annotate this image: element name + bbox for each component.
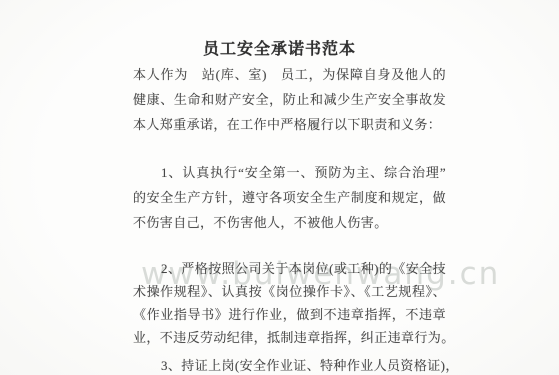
paragraph-line: 术操作规程》、认真按《岗位操作卡》、《工艺规程》、: [133, 280, 446, 303]
paragraph-line: 健康、生命和财产安全，防止和减少生产安全事故发生，: [133, 87, 446, 112]
commitment-item-3: 3、持证上岗(安全作业证、特种作业人员资格证)，: [133, 353, 446, 375]
paragraph-line: 《作业指导书》进行作业，做到不违章指挥，不违章作: [133, 303, 446, 326]
document-page: www.buiwenwang.cn 员工安全承诺书范本 本人作为 站(库、室) …: [0, 0, 559, 375]
paragraph-line: 不伤害自己，不伤害他人，不被他人伤害。: [133, 210, 446, 235]
paragraph-line: 1、认真执行“安全第一、预防为主、综合治理”: [133, 160, 446, 185]
paragraph-line: 业，不违反劳动纪律，抵制违章指挥，纠正违章行为。: [133, 326, 446, 349]
intro-paragraph: 本人作为 站(库、室) 员工，为保障自身及他人的身体 健康、生命和财产安全，防止…: [133, 62, 446, 137]
commitment-item-1: 1、认真执行“安全第一、预防为主、综合治理” 的安全生产方针，遵守各项安全生产制…: [133, 160, 446, 235]
paragraph-line: 的安全生产方针，遵守各项安全生产制度和规定，做到: [133, 185, 446, 210]
paragraph-line: 本人郑重承诺，在工作中严格履行以下职责和义务：: [133, 112, 446, 137]
commitment-item-2: 2、严格按照公司关于本岗位(或工种)的《安全技 术操作规程》、认真按《岗位操作卡…: [133, 257, 446, 349]
paragraph-line: 2、严格按照公司关于本岗位(或工种)的《安全技: [133, 257, 446, 280]
paragraph-line: 3、持证上岗(安全作业证、特种作业人员资格证)，: [133, 353, 446, 375]
paragraph-line: 本人作为 站(库、室) 员工，为保障自身及他人的身体: [133, 62, 446, 87]
document-title: 员工安全承诺书范本: [0, 36, 559, 59]
